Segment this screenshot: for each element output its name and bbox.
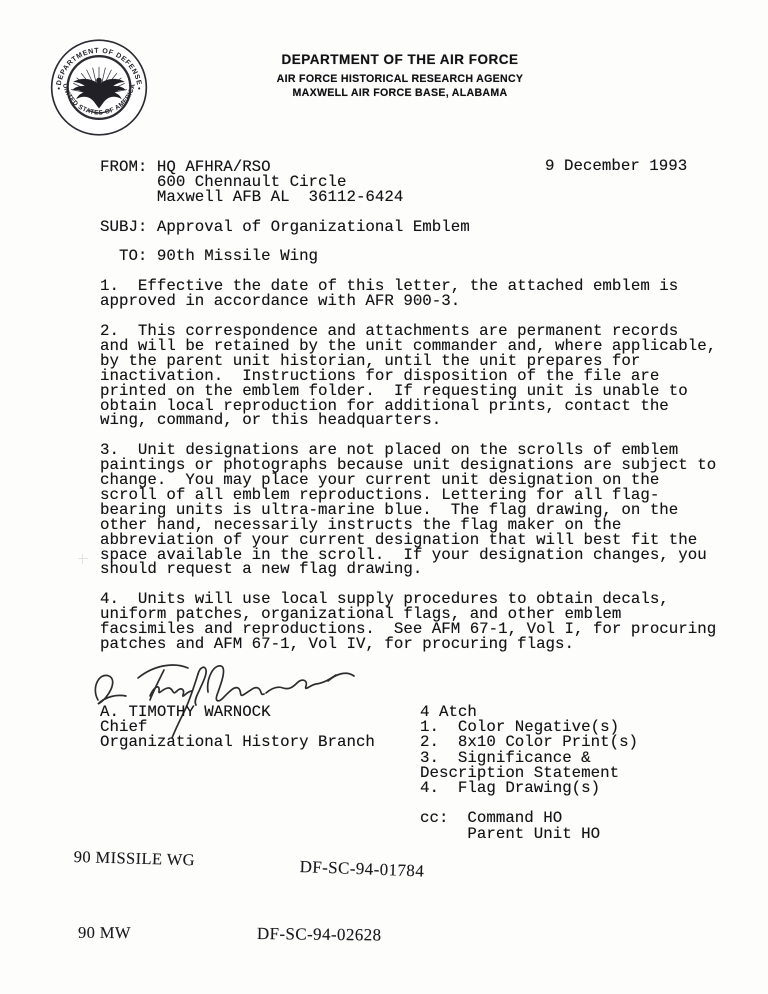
stamp-unit-designation: 90 MISSILE WG (73, 847, 195, 870)
dod-seal-icon: DEPARTMENT OF DEFENSE UNITED STATES OF A… (50, 37, 148, 138)
letterhead-agency: AIR FORCE HISTORICAL RESEARCH AGENCY (180, 72, 620, 86)
signature-block: A. TIMOTHY WARNOCK Chief Organizational … (100, 705, 375, 751)
stamp-photo-id: DF-SC-94-01784 (299, 857, 424, 882)
letterhead-department: DEPARTMENT OF THE AIR FORCE (180, 52, 620, 67)
letterhead-base: MAXWELL AIR FORCE BASE, ALABAMA (180, 86, 620, 100)
stamp-unit-designation-2: 90 MW (78, 923, 131, 943)
stamp-photo-id-2: DF-SC-94-02628 (257, 924, 382, 946)
letterhead: DEPARTMENT OF THE AIR FORCE AIR FORCE HI… (180, 52, 620, 100)
scanned-letter-page: DEPARTMENT OF DEFENSE UNITED STATES OF A… (0, 0, 768, 994)
attachments-block: 4 Atch 1. Color Negative(s) 2. 8x10 Colo… (420, 705, 638, 842)
letter-body: FROM: HQ AFHRA/RSO 600 Chennault Circle … (100, 160, 716, 652)
scan-artifact-mark (78, 554, 88, 564)
dod-seal-svg: DEPARTMENT OF DEFENSE UNITED STATES OF A… (50, 37, 148, 138)
